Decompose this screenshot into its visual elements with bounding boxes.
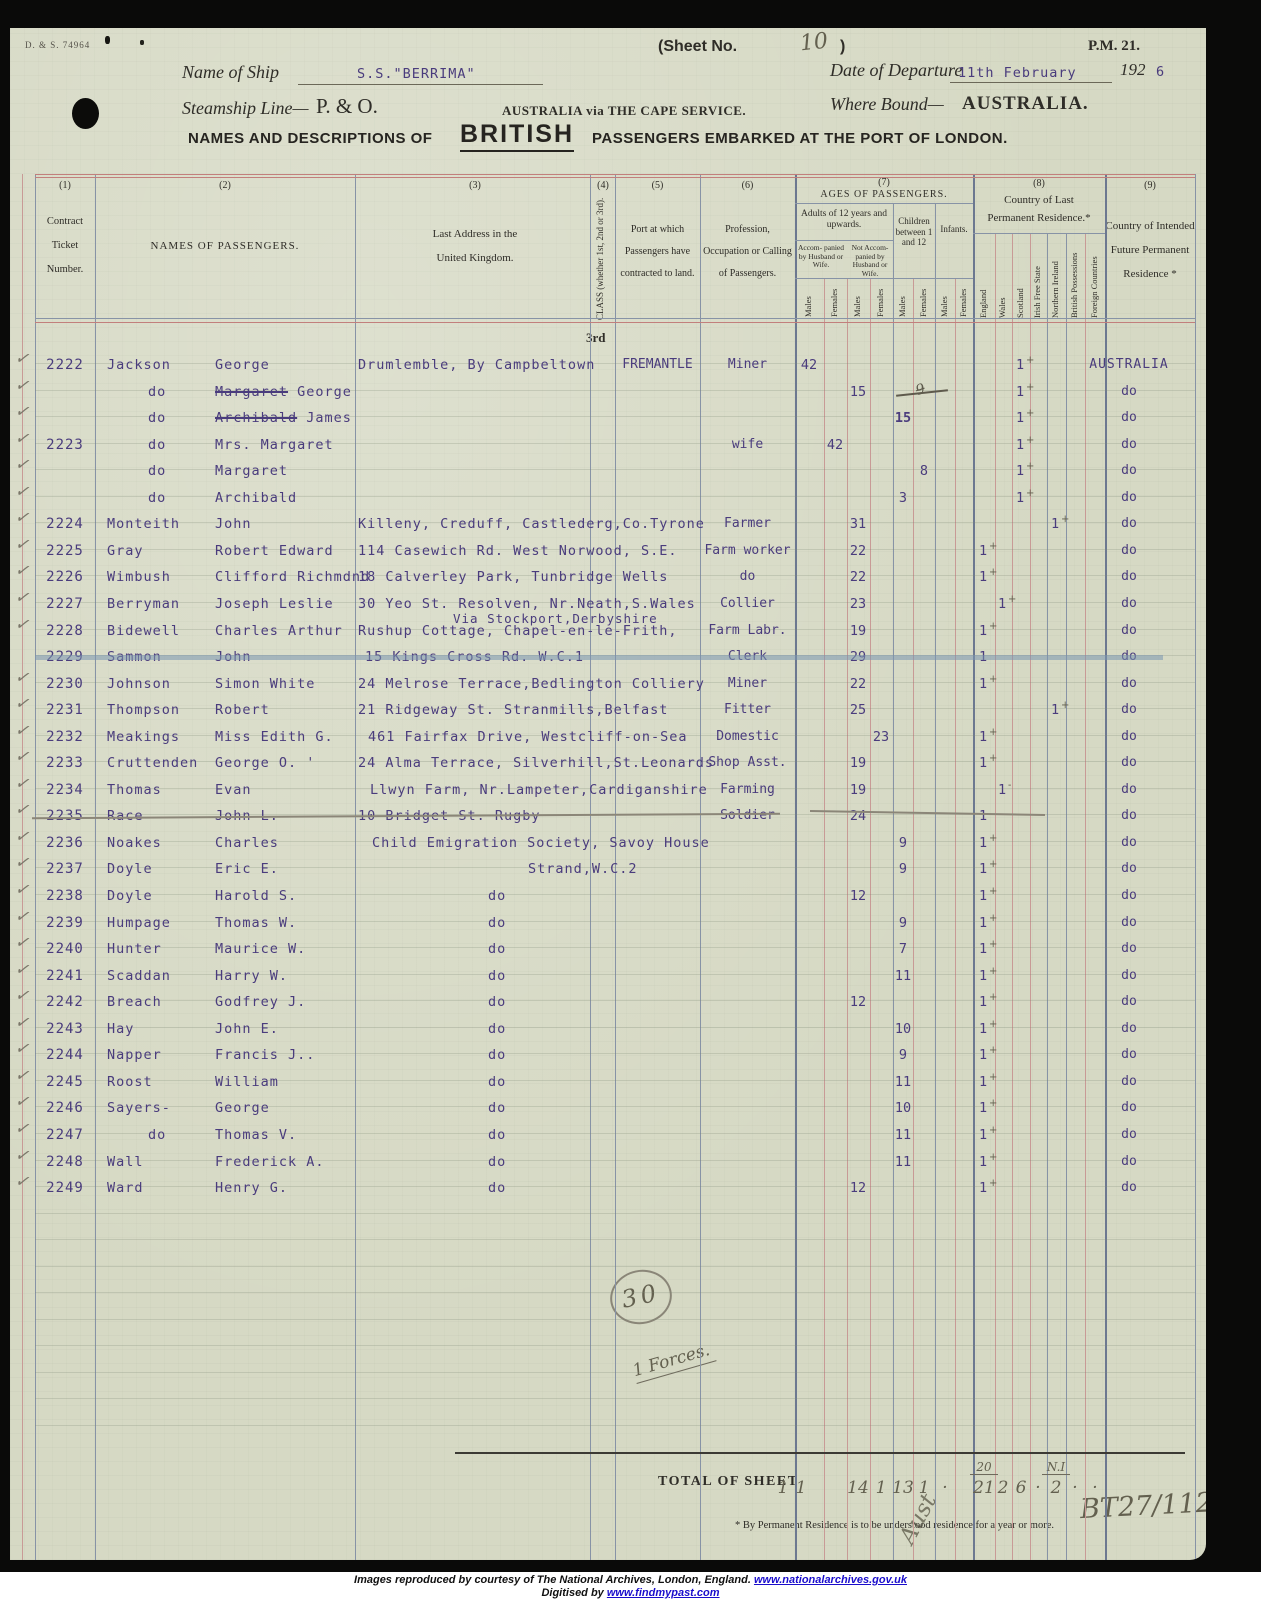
residence-mark-cell: 1 <box>979 1154 987 1170</box>
surname-cell: Doyle <box>107 888 153 904</box>
surname-cell: Doyle <box>107 861 153 877</box>
table-rule-horizontal <box>35 318 1195 319</box>
total-correction-note: 20 <box>970 1460 998 1475</box>
passenger-row: ✓2243HayJohn E.do101+do <box>10 1019 1206 1046</box>
surname-cell: Cruttenden <box>107 755 198 771</box>
col-5-header: Passengers have <box>616 246 699 257</box>
occupation-cell: Shop Asst. <box>698 755 797 770</box>
ticket-number-cell: 2243 <box>35 1021 95 1037</box>
address-cell: 18 Calverley Park, Tunbridge Wells <box>358 569 668 585</box>
residence-pencil-tick: + <box>1026 435 1034 446</box>
class-value: 3rd <box>586 330 606 346</box>
passenger-row: ✓doMargaret81+do <box>10 461 1206 488</box>
ages-group-header: AGES OF PASSENGERS. <box>795 189 973 200</box>
col-1-header: Number. <box>38 264 92 275</box>
destination-cell: do <box>1085 755 1173 770</box>
passenger-row: ✓2231ThompsonRobert21 Ridgeway St. Stran… <box>10 700 1206 727</box>
age-sex-label: Males <box>852 279 862 317</box>
destination-cell: do <box>1085 569 1173 584</box>
address-cell: Child Emigration Society, Savoy House <box>372 835 710 851</box>
destination-cell: do <box>1085 835 1173 850</box>
crossed-out-age-scribble: 9 <box>914 381 927 399</box>
where-bound-label: Where Bound— <box>830 94 944 115</box>
residence-mark-cell: 1 <box>979 888 987 904</box>
forename-cell: Robert Edward <box>215 543 334 559</box>
ages-children-header: Children between 1 and 12 <box>894 216 934 248</box>
residence-group-header: Country of Last <box>973 194 1105 206</box>
surname-cell: Napper <box>107 1047 162 1063</box>
surname-cell: Noakes <box>107 835 162 851</box>
surname-cell: do <box>148 437 166 453</box>
row-strike-bar <box>35 655 1163 660</box>
age-cell: 19 <box>844 623 872 639</box>
col-7-number: (7) <box>795 177 973 188</box>
col-6-header: of Passengers. <box>700 268 795 279</box>
residence-mark-cell: 1 <box>979 915 987 931</box>
total-value: · <box>931 1478 959 1498</box>
col-4-header-class: CLASS (whether 1st, 2nd or 3rd). <box>595 178 605 320</box>
residence-pencil-tick: + <box>1026 382 1034 393</box>
ticket-number-cell: 2234 <box>35 782 95 798</box>
forename-struck-part: Margaret <box>215 384 288 400</box>
address-cell: do <box>488 994 506 1010</box>
age-cell: 7 <box>889 941 917 957</box>
residence-mark-cell: 1 <box>979 755 987 771</box>
residence-mark-cell: 1 <box>1016 463 1024 479</box>
residence-pencil-tick: + <box>989 992 997 1003</box>
surname-cell: Bidewell <box>107 623 180 639</box>
footnote: * By Permanent Residence is to be unders… <box>735 1520 1054 1531</box>
col-6-header: Profession, <box>700 224 795 235</box>
age-sex-label: Females <box>918 279 928 317</box>
col-9-number: (9) <box>1105 180 1195 191</box>
surname-cell: Roost <box>107 1074 153 1090</box>
age-cell: 9 <box>889 861 917 877</box>
ticket-number-cell: 2244 <box>35 1047 95 1063</box>
residence-mark-cell: 1 <box>1016 384 1024 400</box>
surname-cell: Hunter <box>107 941 162 957</box>
forename-cell: Margaret <box>215 463 288 479</box>
ship-name-underline <box>298 84 543 85</box>
passenger-row: ✓2241ScaddanHarry W.do111+do <box>10 966 1206 993</box>
passenger-row: ✓2249WardHenry G.do121+do <box>10 1178 1206 1205</box>
destination-cell: do <box>1085 1047 1173 1062</box>
residence-pencil-tick: + <box>989 1125 997 1136</box>
occupation-cell: Fitter <box>698 702 797 717</box>
where-bound-value: AUSTRALIA. <box>962 93 1089 115</box>
destination-cell: do <box>1085 437 1173 452</box>
steamship-line-name: P. & O. <box>316 94 378 119</box>
surname-cell: Meakings <box>107 729 180 745</box>
destination-cell: do <box>1085 915 1173 930</box>
destination-cell: do <box>1085 1154 1173 1169</box>
table-rule-horizontal <box>795 240 893 241</box>
residence-pencil-tick: - <box>1008 780 1011 791</box>
form-title-nationality: BRITISH <box>460 120 574 152</box>
form-title-pre: NAMES AND DESCRIPTIONS OF <box>188 130 432 147</box>
forename-struck-part: Archibald <box>215 410 297 426</box>
departure-underline <box>950 82 1112 83</box>
surname-cell: Wimbush <box>107 569 171 585</box>
surname-cell: Gray <box>107 543 144 559</box>
total-value: 1 <box>787 1478 815 1498</box>
row-ruling <box>35 1213 1195 1214</box>
address-cell: Killeny, Creduff, Castlederg,Co.Tyrone <box>358 516 705 532</box>
surname-cell: Breach <box>107 994 162 1010</box>
address-cell: 461 Fairfax Drive, Westcliff-on-Sea <box>368 729 687 745</box>
residence-pencil-tick: + <box>989 1152 997 1163</box>
total-value: · <box>1081 1478 1109 1498</box>
age-sex-label: Males <box>939 279 949 317</box>
destination-cell: AUSTRALIA <box>1085 357 1173 372</box>
age-cell: 22 <box>844 543 872 559</box>
circled-total-value: 30 <box>619 1278 663 1313</box>
passenger-row: ✓2239HumpageThomas W.do91+do <box>10 913 1206 940</box>
age-sex-label: Males <box>897 279 907 317</box>
residence-pencil-tick: + <box>1061 514 1069 525</box>
passenger-row: ✓2248WallFrederick A.do111+do <box>10 1152 1206 1179</box>
destination-cell: do <box>1085 384 1173 399</box>
residence-mark-cell: 1 <box>979 1021 987 1037</box>
address-second-line: Via Stockport,Derbyshire <box>453 611 658 626</box>
occupation-cell: Farming <box>698 782 797 797</box>
ticket-number-cell: 2227 <box>35 596 95 612</box>
address-cell: do <box>488 1154 506 1170</box>
col-2-header: NAMES OF PASSENGERS. <box>105 240 345 252</box>
address-cell: Drumlemble, By Campbeltown <box>358 357 595 373</box>
ticket-number-cell: 2231 <box>35 702 95 718</box>
sheet-no-close: ) <box>840 38 845 56</box>
destination-cell: do <box>1085 729 1173 744</box>
residence-country-label: Wales <box>997 234 1007 318</box>
residence-mark-cell: 1 <box>979 941 987 957</box>
ticket-number-cell: 2222 <box>35 357 95 373</box>
surname-cell: do <box>148 490 166 506</box>
residence-mark-cell: 1 <box>979 1127 987 1143</box>
address-cell: do <box>488 888 506 904</box>
residence-country-label: England <box>978 234 988 318</box>
ticket-number-cell: 2225 <box>35 543 95 559</box>
residence-mark-cell: 1 <box>979 1180 987 1196</box>
passenger-row: ✓2238DoyleHarold S.do121+do <box>10 886 1206 913</box>
col-1-header: Contract <box>38 216 92 227</box>
residence-mark-cell: 1 <box>979 676 987 692</box>
address-cell: do <box>488 1074 506 1090</box>
occupation-cell: do <box>698 569 797 584</box>
passenger-row: ✓2224MonteithJohnKilleny, Creduff, Castl… <box>10 514 1206 541</box>
age-cell: 11 <box>889 1127 917 1143</box>
total-correction-note: N.I <box>1042 1460 1070 1475</box>
destination-cell: do <box>1085 490 1173 505</box>
age-cell: 9 <box>889 915 917 931</box>
occupation-cell: Farm Labr. <box>698 623 797 638</box>
col-6-number: (6) <box>700 180 795 191</box>
forename-cell: George O. ' <box>215 755 315 771</box>
col-5-number: (5) <box>615 180 700 191</box>
age-cell: 22 <box>844 676 872 692</box>
residence-group-header: Permanent Residence.* <box>973 212 1105 224</box>
row-ruling <box>35 1345 1195 1346</box>
destination-cell: do <box>1085 463 1173 478</box>
passenger-row: ✓2226WimbushClifford Richmdnd18 Calverle… <box>10 567 1206 594</box>
row-ruling <box>35 1292 1195 1293</box>
age-cell: 25 <box>844 702 872 718</box>
forename-cell: Thomas V. <box>215 1127 297 1143</box>
address-cell: Strand,W.C.2 <box>528 861 638 877</box>
forename-cell: Clifford Richmdnd <box>215 569 370 585</box>
col-3-header: Last Address in the <box>370 228 580 240</box>
ticket-number-cell: 2248 <box>35 1154 95 1170</box>
destination-cell: do <box>1085 1074 1173 1089</box>
age-cell: 12 <box>844 1180 872 1196</box>
age-cell: 11 <box>889 1074 917 1090</box>
passenger-row: ✓2230JohnsonSimon White24 Melrose Terrac… <box>10 674 1206 701</box>
age-sex-label: Females <box>875 279 885 317</box>
residence-mark-cell: 1 <box>979 1047 987 1063</box>
name-of-ship-label: Name of Ship <box>182 62 279 83</box>
col-3-header: United Kingdom. <box>370 252 580 264</box>
residence-mark-cell: 1 <box>979 968 987 984</box>
forename-cell: Godfrey J. <box>215 994 306 1010</box>
row-ruling <box>35 1425 1195 1426</box>
residence-pencil-tick: + <box>989 1098 997 1109</box>
age-cell: 8 <box>910 463 938 479</box>
steamship-line-service: AUSTRALIA via THE CAPE SERVICE. <box>502 103 746 119</box>
findmypast-link[interactable]: www.findmypast.com <box>607 1587 720 1599</box>
residence-mark-cell: 1 <box>979 569 987 585</box>
age-cell: 10 <box>889 1021 917 1037</box>
forename-cell: Charles <box>215 835 279 851</box>
age-sex-label: Females <box>958 279 968 317</box>
ticket-number-cell: 2247 <box>35 1127 95 1143</box>
address-cell: 21 Ridgeway St. Stranmills,Belfast <box>358 702 668 718</box>
residence-pencil-tick: + <box>989 1072 997 1083</box>
age-cell: 11 <box>889 968 917 984</box>
forename-cell: John <box>215 516 252 532</box>
surname-cell: Berryman <box>107 596 180 612</box>
passenger-row: ✓2247doThomas V.do111+do <box>10 1125 1206 1152</box>
destination-cell: do <box>1085 968 1173 983</box>
surname-cell: Scaddan <box>107 968 171 984</box>
residence-mark-cell: 1 <box>1016 357 1024 373</box>
age-cell: 15 <box>844 384 872 400</box>
address-cell: do <box>488 1180 506 1196</box>
forename-cell: Evan <box>215 782 252 798</box>
ages-accompanied-header: Accom- panied by Husband or Wife. <box>797 244 845 270</box>
residence-pencil-tick: + <box>989 1019 997 1030</box>
table-rule-horizontal <box>35 322 1195 323</box>
destination-cell: do <box>1085 516 1173 531</box>
ticket-number-cell: 2228 <box>35 623 95 639</box>
stationer-code: D. & S. 74964 <box>25 40 90 50</box>
passenger-row: ✓2245RoostWilliamdo111+do <box>10 1072 1206 1099</box>
forename-cell: Thomas W. <box>215 915 297 931</box>
age-cell: 23 <box>867 729 895 745</box>
table-rule-horizontal <box>35 177 1195 178</box>
margin-tick-mark: ✓ <box>13 348 34 369</box>
pm-reference: P.M. 21. <box>1088 38 1140 55</box>
passenger-row: ✓2235RaceJohn L.10 Bridget St. RugbySold… <box>10 806 1206 833</box>
address-cell: do <box>488 915 506 931</box>
forename-cell: Joseph Leslie <box>215 596 334 612</box>
address-cell: do <box>488 1100 506 1116</box>
col-9-header: Future Permanent <box>1105 244 1195 256</box>
passenger-row: ✓2228BidewellCharles ArthurRushup Cottag… <box>10 621 1206 648</box>
age-cell: 23 <box>844 596 872 612</box>
sheet-no-value: 10 <box>799 29 829 57</box>
forename-cell: Henry G. <box>215 1180 288 1196</box>
digitisation-credits: Images reproduced by courtesy of The Nat… <box>0 1572 1261 1600</box>
ticket-number-cell: 2233 <box>35 755 95 771</box>
row-ruling <box>35 1398 1195 1399</box>
residence-pencil-tick: + <box>989 541 997 552</box>
passenger-row: ✓2223doMrs. Margaretwife421+do <box>10 435 1206 462</box>
forename-cell: Frederick A. <box>215 1154 325 1170</box>
passenger-row: ✓2232MeakingsMiss Edith G.461 Fairfax Dr… <box>10 727 1206 754</box>
ticket-number-cell: 2241 <box>35 968 95 984</box>
forename-cell: Margaret George <box>215 384 352 400</box>
table-rule-horizontal <box>795 203 973 204</box>
col-5-header: Port at which <box>616 224 699 235</box>
residence-mark-cell: 1 <box>979 1100 987 1116</box>
row-ruling <box>35 1372 1195 1373</box>
forename-cell: Robert <box>215 702 270 718</box>
passenger-row: ✓2244NapperFrancis J..do91+do <box>10 1045 1206 1072</box>
residence-mark-cell: 1 <box>979 861 987 877</box>
surname-cell: Thompson <box>107 702 180 718</box>
destination-cell: do <box>1085 1127 1173 1142</box>
residence-pencil-tick: + <box>989 833 997 844</box>
destination-cell: do <box>1085 596 1173 611</box>
residence-mark-cell: 1 <box>998 596 1006 612</box>
residence-mark-cell: 1 <box>979 543 987 559</box>
col-8-number: (8) <box>973 178 1105 189</box>
residence-pencil-tick: + <box>989 859 997 870</box>
residence-mark-cell: 1 <box>979 623 987 639</box>
residence-pencil-tick: + <box>989 966 997 977</box>
departure-date-value: 11th February <box>958 65 1077 81</box>
forename-cell: Harry W. <box>215 968 288 984</box>
ticket-number-cell: 2224 <box>35 516 95 532</box>
age-sex-label: Females <box>829 279 839 317</box>
residence-country-label: Irish Free State <box>1032 234 1042 318</box>
ink-speck <box>105 36 110 44</box>
credit-text: Images reproduced by courtesy of The Nat… <box>354 1574 754 1586</box>
age-cell: 12 <box>844 888 872 904</box>
age-sex-label: Males <box>803 279 813 317</box>
passenger-row: ✓2236NoakesCharlesChild Emigration Socie… <box>10 833 1206 860</box>
forename-cell: Simon White <box>215 676 315 692</box>
passenger-row: ✓2240HunterMaurice W.do71+do <box>10 939 1206 966</box>
occupation-cell: Miner <box>698 357 797 372</box>
destination-cell: do <box>1085 1100 1173 1115</box>
form-title-post: PASSENGERS EMBARKED AT THE PORT OF LONDO… <box>592 130 1008 147</box>
col-9-header: Country of Intended <box>1105 220 1195 232</box>
occupation-cell: Collier <box>698 596 797 611</box>
forename-cell: Mrs. Margaret <box>215 437 334 453</box>
steamship-line-label: Steamship Line— <box>182 98 309 119</box>
ticket-number-cell: 2242 <box>35 994 95 1010</box>
residence-pencil-tick: + <box>989 567 997 578</box>
destination-cell: do <box>1085 888 1173 903</box>
residence-pencil-tick: + <box>989 1045 997 1056</box>
surname-cell: Hay <box>107 1021 134 1037</box>
surname-cell: Monteith <box>107 516 180 532</box>
occupation-cell: wife <box>698 437 797 452</box>
residence-mark-cell: 1 <box>1051 516 1059 532</box>
ticket-number-cell: 2240 <box>35 941 95 957</box>
ticket-number-cell: 2226 <box>35 569 95 585</box>
passenger-row: ✓doArchibald James151+do <box>10 408 1206 435</box>
residence-pencil-tick: + <box>989 727 997 738</box>
occupation-cell: Soldier <box>698 808 797 823</box>
forename-cell: John E. <box>215 1021 279 1037</box>
surname-cell: Johnson <box>107 676 171 692</box>
passenger-row: ✓2222JacksonGeorgeDrumlemble, By Campbel… <box>10 355 1206 382</box>
residence-country-label: Foreign Countries <box>1089 234 1099 318</box>
year-typed: 6 <box>1156 64 1165 80</box>
hole-punch <box>72 98 99 129</box>
table-rule-horizontal <box>455 1452 1185 1454</box>
residence-pencil-tick: + <box>1008 594 1016 605</box>
national-archives-link[interactable]: www.nationalarchives.gov.uk <box>754 1574 907 1586</box>
ink-speck <box>140 40 144 45</box>
surname-cell: Ward <box>107 1180 144 1196</box>
ticket-number-cell: 2236 <box>35 835 95 851</box>
ages-adults-header: Adults of 12 years and upwards. <box>800 209 888 231</box>
col-3-number: (3) <box>390 180 560 191</box>
destination-cell: do <box>1085 702 1173 717</box>
destination-cell: do <box>1085 1180 1173 1195</box>
col-9-header: Residence * <box>1105 268 1195 280</box>
landing-port-cell: FREMANTLE <box>615 357 700 372</box>
address-cell: do <box>488 1021 506 1037</box>
residence-pencil-tick: + <box>1026 355 1034 366</box>
passenger-row: ✓2234ThomasEvanLlwyn Farm, Nr.Lampeter,C… <box>10 780 1206 807</box>
address-cell: do <box>488 1047 506 1063</box>
residence-pencil-tick: + <box>989 674 997 685</box>
residence-mark-cell: 1 <box>979 729 987 745</box>
age-cell: 10 <box>889 1100 917 1116</box>
passenger-row: ✓2246Sayers-Georgedo101+do <box>10 1098 1206 1125</box>
destination-cell: do <box>1085 1021 1173 1036</box>
forename-cell: Archibald James <box>215 410 352 426</box>
address-cell: do <box>488 941 506 957</box>
residence-mark-cell: 1 <box>998 782 1006 798</box>
residence-mark-cell: 1 <box>979 994 987 1010</box>
ages-not-accompanied-header: Not Accom- panied by Husband or Wife. <box>848 244 892 278</box>
age-cell: 42 <box>795 357 823 373</box>
address-cell: 24 Melrose Terrace,Bedlington Colliery <box>358 676 705 692</box>
forename-cell: Miss Edith G. <box>215 729 334 745</box>
ticket-number-cell: 2249 <box>35 1180 95 1196</box>
age-cell: 9 <box>889 835 917 851</box>
row-ruling <box>35 1266 1195 1267</box>
surname-cell: Wall <box>107 1154 144 1170</box>
address-cell: 24 Alma Terrace, Silverhill,St.Leonards <box>358 755 714 771</box>
destination-cell: do <box>1085 941 1173 956</box>
forename-cell: George <box>215 1100 270 1116</box>
ages-infants-header: Infants. <box>935 224 973 234</box>
residence-country-label: British Possessions <box>1069 234 1079 318</box>
age-cell: 42 <box>821 437 849 453</box>
residence-pencil-tick: + <box>989 886 997 897</box>
residence-pencil-tick: + <box>1026 488 1034 499</box>
age-cell: 19 <box>844 755 872 771</box>
passenger-row: ✓2242BreachGodfrey J.do121+do <box>10 992 1206 1019</box>
forename-cell: Harold S. <box>215 888 297 904</box>
age-cell: 9 <box>889 1047 917 1063</box>
